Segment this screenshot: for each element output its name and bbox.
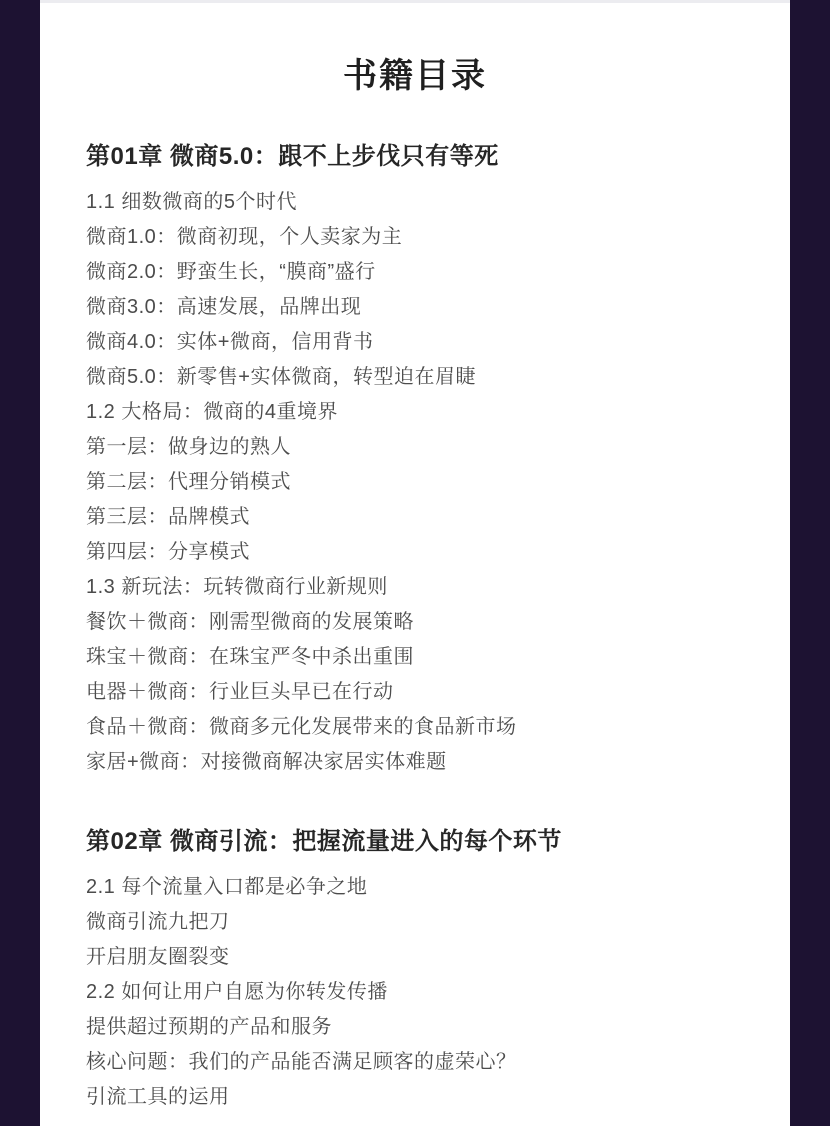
toc-item: 核心问题：我们的产品能否满足顾客的虚荣心？	[86, 1045, 744, 1080]
toc-item: 第一层：做身边的熟人	[86, 430, 744, 465]
page-background: 书籍目录 第01章 微商5.0：跟不上步伐只有等死 1.1 细数微商的5个时代 …	[0, 0, 830, 1126]
toc-item: 第二层：代理分销模式	[86, 465, 744, 500]
book-toc-card: 书籍目录 第01章 微商5.0：跟不上步伐只有等死 1.1 细数微商的5个时代 …	[40, 0, 790, 1126]
toc-item: 引流工具的运用	[86, 1080, 744, 1115]
chapter-02-section: 第02章 微商引流：把握流量进入的每个环节 2.1 每个流量入口都是必争之地 微…	[86, 822, 744, 1115]
toc-item: 微商引流九把刀	[86, 905, 744, 940]
chapter-heading: 第01章 微商5.0：跟不上步伐只有等死	[86, 137, 744, 177]
toc-item: 2.2 如何让用户自愿为你转发传播	[86, 975, 744, 1010]
chapter-01-section: 第01章 微商5.0：跟不上步伐只有等死 1.1 细数微商的5个时代 微商1.0…	[86, 137, 744, 780]
toc-item: 第三层：品牌模式	[86, 500, 744, 535]
toc-item: 第四层：分享模式	[86, 535, 744, 570]
toc-item: 微商2.0：野蛮生长，“膜商”盛行	[86, 255, 744, 290]
toc-item: 开启朋友圈裂变	[86, 940, 744, 975]
toc-item: 家居+微商：对接微商解决家居实体难题	[86, 745, 744, 780]
toc-item: 2.1 每个流量入口都是必争之地	[86, 870, 744, 905]
page-title: 书籍目录	[86, 3, 744, 99]
toc-item: 微商1.0：微商初现，个人卖家为主	[86, 220, 744, 255]
chapter-heading: 第02章 微商引流：把握流量进入的每个环节	[86, 822, 744, 862]
toc-item: 餐饮＋微商：刚需型微商的发展策略	[86, 605, 744, 640]
toc-item: 微商5.0：新零售+实体微商，转型迫在眉睫	[86, 360, 744, 395]
toc-item: 微商4.0：实体+微商，信用背书	[86, 325, 744, 360]
toc-item: 1.2 大格局：微商的4重境界	[86, 395, 744, 430]
toc-item: 食品＋微商：微商多元化发展带来的食品新市场	[86, 710, 744, 745]
toc-item: 1.3 新玩法：玩转微商行业新规则	[86, 570, 744, 605]
toc-item: 提供超过预期的产品和服务	[86, 1010, 744, 1045]
toc-item: 1.1 细数微商的5个时代	[86, 185, 744, 220]
toc-item: 电器＋微商：行业巨头早已在行动	[86, 675, 744, 710]
toc-item: 珠宝＋微商：在珠宝严冬中杀出重围	[86, 640, 744, 675]
toc-item: 微商3.0：高速发展，品牌出现	[86, 290, 744, 325]
